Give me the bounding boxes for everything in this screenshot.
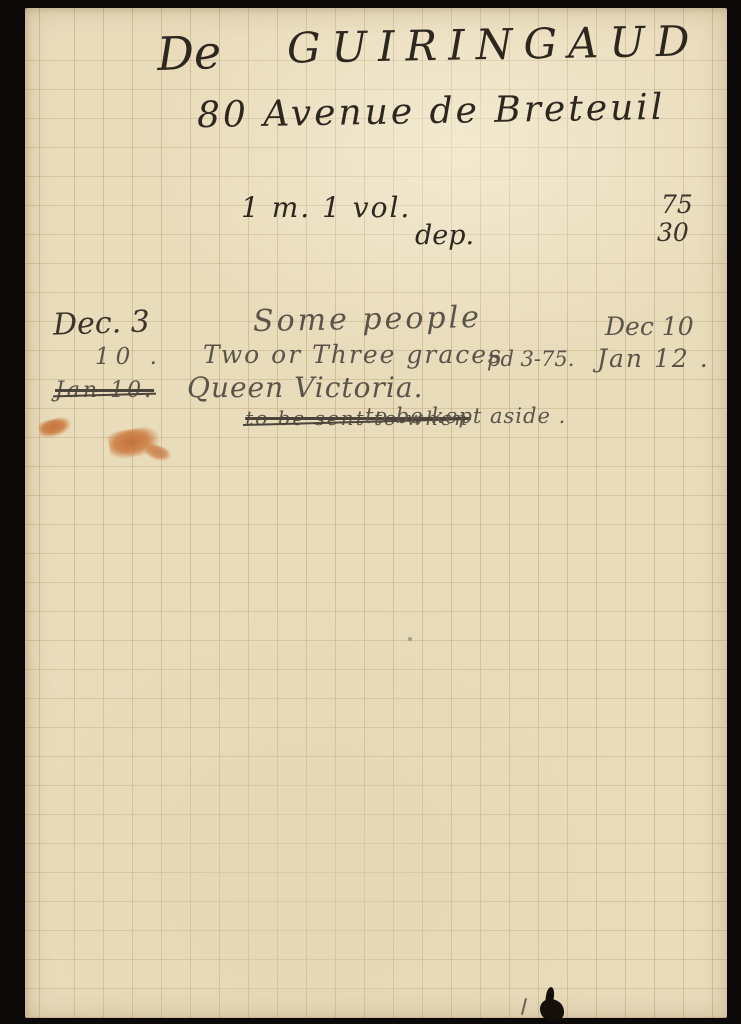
scan-background: De GUIRINGAUD 80 Avenue de Breteuil 1 m.… <box>0 0 741 1024</box>
cardholder-address: 80 Avenue de Breteuil <box>197 90 666 134</box>
library-card: De GUIRINGAUD 80 Avenue de Breteuil 1 m.… <box>25 8 727 1018</box>
deposit-label: dep. <box>415 222 474 249</box>
entry1-date-borrowed: Dec. 3 <box>53 307 151 340</box>
note-kept-aside: to be kept aside . <box>365 406 566 427</box>
cardholder-name-prefix: De <box>156 29 222 77</box>
rust-stain-small <box>37 415 72 439</box>
entry1-book-title: Some people <box>253 303 482 337</box>
deposit-amount: 30 <box>657 220 689 245</box>
subscription-amount: 75 <box>661 192 693 217</box>
entry2-date-borrowed: 10 . <box>95 346 163 369</box>
entry2-date-returned: Jan 12 . <box>597 346 710 371</box>
rust-stain-tail <box>143 442 172 464</box>
subscription-terms: 1 m. 1 vol. <box>241 194 411 222</box>
entry2-payment-note: pd 3-75. <box>487 349 574 370</box>
entry1-date-returned: Dec 10 <box>605 314 694 339</box>
cardholder-surname: GUIRINGAUD <box>287 20 701 69</box>
entry3-date-borrowed-struck: Jan 10. <box>55 378 154 403</box>
entry3-book-title: Queen Victoria. <box>187 374 423 402</box>
paper-speck <box>408 637 412 641</box>
pen-scratch-mark <box>521 998 527 1015</box>
ink-blot <box>540 999 564 1021</box>
entry2-book-title: Two or Three graces <box>203 342 503 367</box>
